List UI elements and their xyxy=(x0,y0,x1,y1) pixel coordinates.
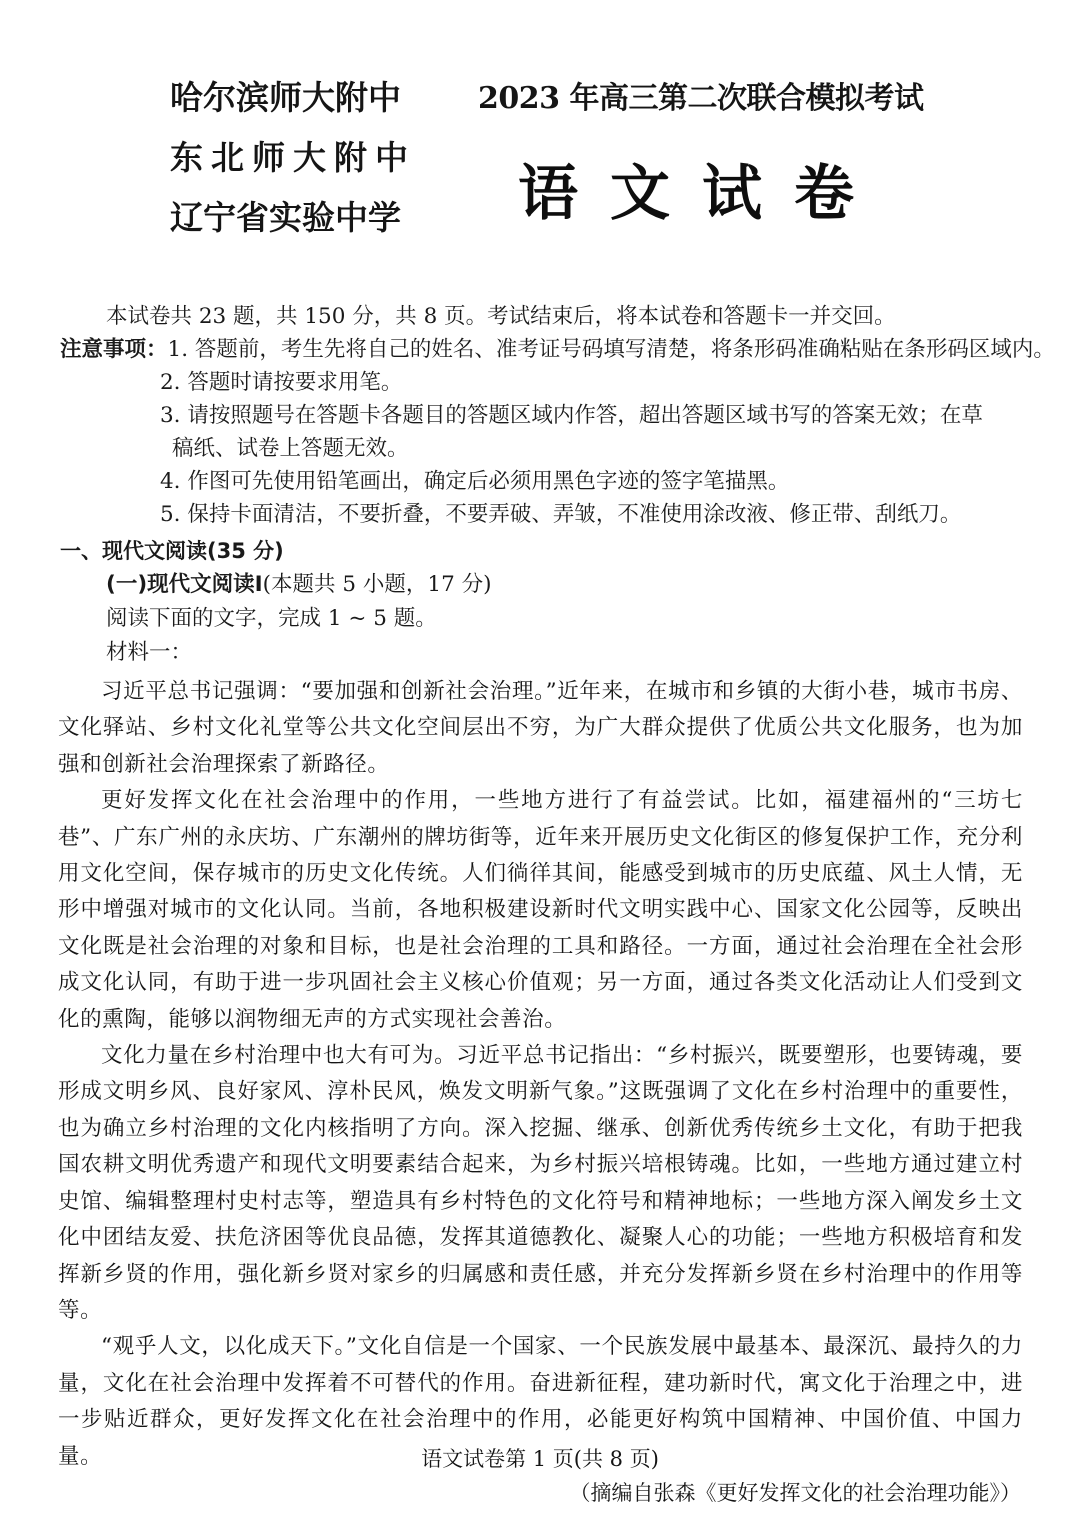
notice-item: 4. 作图可先使用铅笔画出，确定后必须用黑色字迹的签字笔描黑。 xyxy=(60,465,1040,498)
exam-summary: 本试卷共 23 题，共 150 分，共 8 页。考试结束后，将本试卷和答题卡一并… xyxy=(60,300,1040,333)
exam-instructions: 本试卷共 23 题，共 150 分，共 8 页。考试结束后，将本试卷和答题卡一并… xyxy=(60,300,1040,531)
notice-item: 5. 保持卡面清洁，不要折叠，不要弄破、弄皱，不准使用涂改液、修正带、刮纸刀。 xyxy=(60,498,1040,531)
page-footer: 语文试卷第 1 页(共 8 页) xyxy=(0,1443,1080,1473)
subsection-title-bold: (一)现代文阅读Ⅰ xyxy=(106,572,263,597)
notice-label: 注意事项： xyxy=(60,337,168,362)
notice-item: 3. 请按照题号在答题卡各题目的答题区域内作答，超出答题区域书写的答案无效；在草 xyxy=(60,399,1040,432)
notice-item: 1. 答题前，考生先将自己的姓名、准考证号码填写清楚，将条形码准确粘贴在条形码区… xyxy=(168,337,1055,362)
reading-material: 习近平总书记强调：“要加强和创新社会治理。”近年来，在城市和乡镇的大街小巷，城市… xyxy=(58,674,1023,1511)
subsection-title-detail: (本题共 5 小题，17 分) xyxy=(263,572,492,597)
section-title: 一、现代文阅读(35 分) xyxy=(60,534,1040,568)
school-name: 东北师大附中 xyxy=(170,128,420,188)
article-paragraph: 文化力量在乡村治理中也大有可为。习近平总书记指出：“乡村振兴，既要塑形，也要铸魂… xyxy=(58,1038,1023,1329)
school-name: 辽宁省实验中学 xyxy=(170,188,420,248)
notice-item-continuation: 稿纸、试卷上答题无效。 xyxy=(60,432,1040,465)
section-modern-reading: 一、现代文阅读(35 分) (一)现代文阅读Ⅰ(本题共 5 小题，17 分) 阅… xyxy=(60,534,1040,670)
material-label: 材料一： xyxy=(60,636,1040,670)
article-paragraph: 习近平总书记强调：“要加强和创新社会治理。”近年来，在城市和乡镇的大街小巷，城市… xyxy=(58,674,1023,783)
notice-item: 2. 答题时请按要求用笔。 xyxy=(60,366,1040,399)
school-name: 哈尔滨师大附中 xyxy=(170,68,420,128)
school-list: 哈尔滨师大附中 东北师大附中 辽宁省实验中学 xyxy=(170,68,420,248)
article-paragraph: 更好发挥文化在社会治理中的作用，一些地方进行了有益尝试。比如，福建福州的“三坊七… xyxy=(58,783,1023,1038)
exam-title: 2023 年高三第二次联合模拟考试 xyxy=(478,73,923,117)
reading-instruction: 阅读下面的文字，完成 1 ~ 5 题。 xyxy=(60,602,1040,636)
subsection-title: (一)现代文阅读Ⅰ(本题共 5 小题，17 分) xyxy=(60,568,1040,602)
notice-first-line: 注意事项：1. 答题前，考生先将自己的姓名、准考证号码填写清楚，将条形码准确粘贴… xyxy=(60,333,1040,366)
article-source: （摘编自张森《更好发挥文化的社会治理功能》） xyxy=(58,1475,1023,1511)
subject-title: 语文试卷 xyxy=(518,146,886,232)
